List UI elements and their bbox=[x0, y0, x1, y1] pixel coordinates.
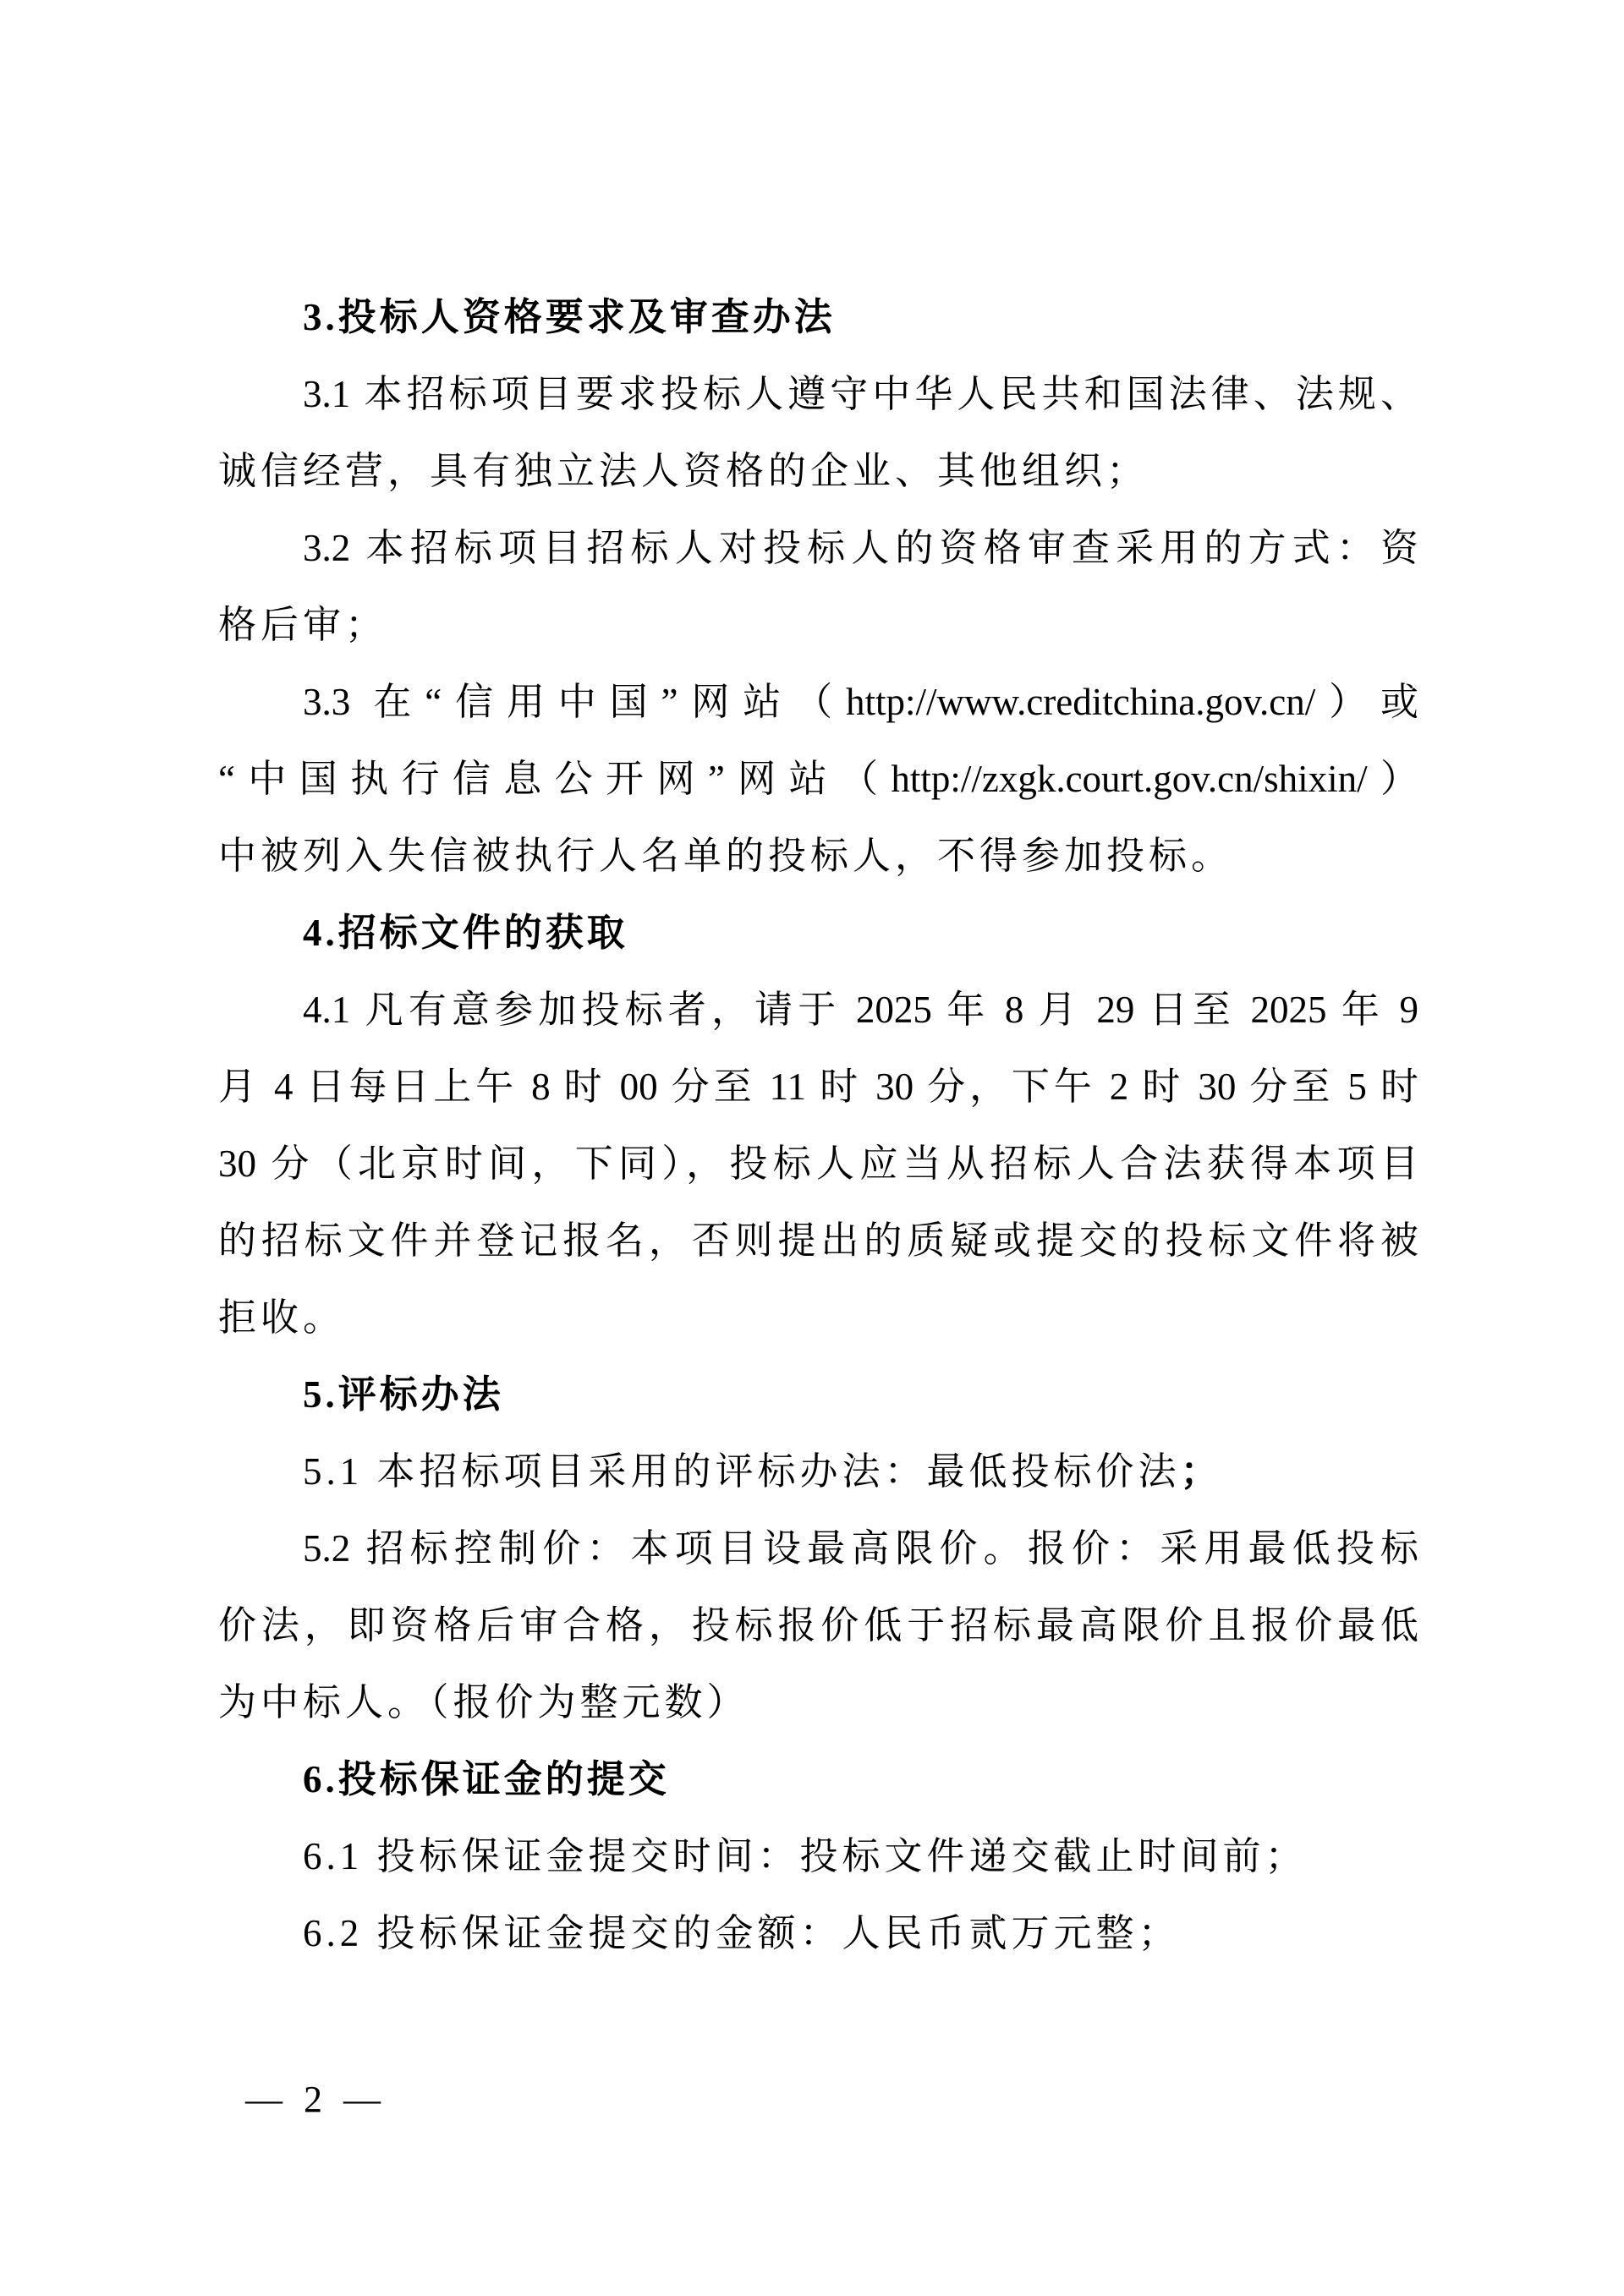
doc-line-text: 月 4 日每日上午 8 时 00 分至 11 时 30 分，下午 2 时 30 … bbox=[218, 1066, 1418, 1108]
document-page: 3.投标人资格要求及审查办法3.1 本招标项目要求投标人遵守中华人民共和国法律、… bbox=[0, 0, 1624, 2296]
doc-line-bold-tail: ； bbox=[1181, 1450, 1223, 1493]
doc-line-text: 5.2 招标控制价：本项目设最高限价。报价：采用最低投标 bbox=[303, 1527, 1418, 1570]
doc-line-text: 6.1 投标保证金提交时间：投标文件递交截止时间前； bbox=[303, 1835, 1308, 1877]
doc-line-text: 拒收。 bbox=[218, 1296, 345, 1339]
doc-line: 6.2 投标保证金提交的金额：人民币贰万元整； bbox=[218, 1895, 1418, 1972]
doc-line-text: 3.2 本招标项目招标人对投标人的资格审查采用的方式：资 bbox=[303, 527, 1418, 569]
doc-line-text: 30 分（北京时间，下同），投标人应当从招标人合法获得本项目 bbox=[218, 1143, 1418, 1185]
doc-line: 为中标人。（报价为整元数） bbox=[218, 1664, 1418, 1741]
doc-line: 6.1 投标保证金提交时间：投标文件递交截止时间前； bbox=[218, 1818, 1418, 1895]
doc-line: 30 分（北京时间，下同），投标人应当从招标人合法获得本项目 bbox=[218, 1126, 1418, 1203]
doc-line: 4.1 凡有意参加投标者，请于 2025 年 8 月 29 日至 2025 年 … bbox=[218, 972, 1418, 1049]
doc-line-text: 4.招标文件的获取 bbox=[303, 912, 628, 954]
page-footer: — 2 — bbox=[245, 2061, 383, 2138]
doc-line: 3.1 本招标项目要求投标人遵守中华人民共和国法律、法规、 bbox=[218, 356, 1418, 433]
doc-line-text: 6.2 投标保证金提交的金额：人民币贰万元整； bbox=[303, 1912, 1181, 1954]
doc-line: 中被列入失信被执行人名单的投标人，不得参加投标。 bbox=[218, 818, 1418, 895]
doc-line-text: 4.1 凡有意参加投标者，请于 2025 年 8 月 29 日至 2025 年 … bbox=[303, 989, 1418, 1031]
doc-line: 诚信经营，具有独立法人资格的企业、其他组织； bbox=[218, 433, 1418, 510]
doc-line: 月 4 日每日上午 8 时 00 分至 11 时 30 分，下午 2 时 30 … bbox=[218, 1049, 1418, 1126]
doc-line: 3.2 本招标项目招标人对投标人的资格审查采用的方式：资 bbox=[218, 510, 1418, 587]
section-3-heading: 3.投标人资格要求及审查办法 bbox=[218, 279, 1418, 356]
doc-line: 5.1 本招标项目采用的评标办法：最低投标价法； bbox=[218, 1433, 1418, 1510]
doc-line-text: “中国执行信息公开网”网站（http://zxgk.court.gov.cn/s… bbox=[218, 758, 1418, 800]
doc-line: 的招标文件并登记报名，否则提出的质疑或提交的投标文件将被 bbox=[218, 1203, 1418, 1280]
section-4-heading: 4.招标文件的获取 bbox=[218, 895, 1418, 972]
section-5-heading: 5.评标办法 bbox=[218, 1356, 1418, 1433]
doc-line-text: 中被列入失信被执行人名单的投标人，不得参加投标。 bbox=[218, 835, 1233, 877]
doc-line-text: 6.投标保证金的提交 bbox=[303, 1758, 670, 1800]
doc-line-text: 3.1 本招标项目要求投标人遵守中华人民共和国法律、法规、 bbox=[303, 373, 1418, 415]
doc-line: 3.3 在“信用中国”网站（http://www.creditchina.gov… bbox=[218, 664, 1418, 741]
doc-line-text: 5.1 本招标项目采用的评标办法：最低投标价法 bbox=[303, 1450, 1181, 1493]
doc-line-text: 格后审； bbox=[218, 604, 387, 646]
doc-line-text: 的招标文件并登记报名，否则提出的质疑或提交的投标文件将被 bbox=[218, 1219, 1418, 1262]
doc-line-text: 为中标人。（报价为整元数） bbox=[218, 1681, 749, 1723]
doc-line: 拒收。 bbox=[218, 1280, 1418, 1356]
section-6-heading: 6.投标保证金的提交 bbox=[218, 1741, 1418, 1818]
doc-line: 5.2 招标控制价：本项目设最高限价。报价：采用最低投标 bbox=[218, 1510, 1418, 1587]
doc-line: “中国执行信息公开网”网站（http://zxgk.court.gov.cn/s… bbox=[218, 741, 1418, 818]
doc-line-text: 价法，即资格后审合格，投标报价低于招标最高限价且报价最低 bbox=[218, 1604, 1418, 1647]
doc-line-text: 3.投标人资格要求及审查办法 bbox=[303, 296, 836, 338]
doc-line: 价法，即资格后审合格，投标报价低于招标最高限价且报价最低 bbox=[218, 1587, 1418, 1664]
doc-line-text: 3.3 在“信用中国”网站（http://www.creditchina.gov… bbox=[303, 681, 1418, 723]
doc-line-text: 5.评标办法 bbox=[303, 1373, 504, 1416]
doc-line: 格后审； bbox=[218, 587, 1418, 664]
document-body: 3.投标人资格要求及审查办法3.1 本招标项目要求投标人遵守中华人民共和国法律、… bbox=[218, 279, 1418, 1972]
doc-line-text: 诚信经营，具有独立法人资格的企业、其他组织； bbox=[218, 450, 1149, 492]
